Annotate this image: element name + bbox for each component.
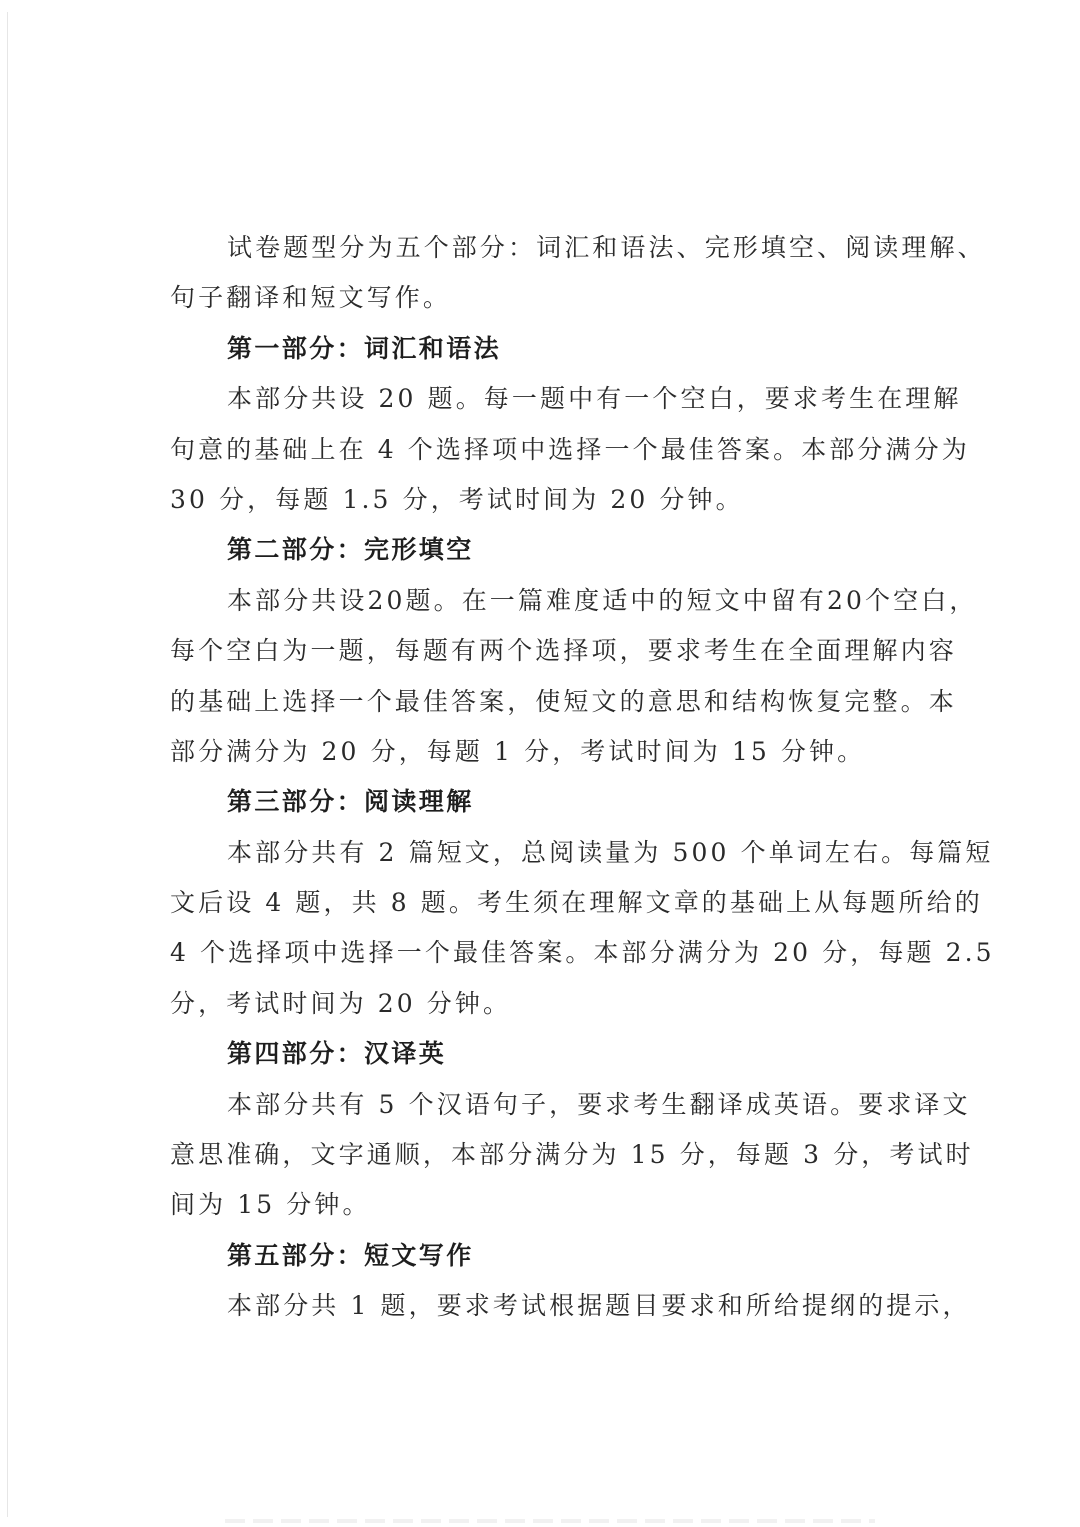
section-line: 间为 15 分钟。 (170, 1180, 950, 1230)
section-3: 第三部分：阅读理解 本部分共有 2 篇短文，总阅读量为 500 个单词左右。每篇… (170, 777, 950, 1029)
section-4: 第四部分：汉译英 本部分共有 5 个汉语句子，要求考生翻译成英语。要求译文 意思… (170, 1029, 950, 1231)
intro-line: 句子翻译和短文写作。 (170, 273, 950, 323)
section-heading: 第五部分：短文写作 (170, 1231, 950, 1281)
section-line: 意思准确，文字通顺，本部分满分为 15 分，每题 3 分，考试时 (170, 1130, 950, 1180)
section-line: 每个空白为一题，每题有两个选择项，要求考生在全面理解内容 (170, 626, 950, 676)
section-line: 的基础上选择一个最佳答案，使短文的意思和结构恢复完整。本 (170, 677, 950, 727)
section-line: 句意的基础上在 4 个选择项中选择一个最佳答案。本部分满分为 (170, 425, 950, 475)
section-heading: 第二部分：完形填空 (170, 525, 950, 575)
section-line: 4 个选择项中选择一个最佳答案。本部分满分为 20 分，每题 2.5 (170, 928, 950, 978)
section-line: 本部分共设20题。在一篇难度适中的短文中留有20个空白， (170, 576, 950, 626)
section-line: 文后设 4 题，共 8 题。考生须在理解文章的基础上从每题所给的 (170, 878, 950, 928)
scan-edge-line (7, 12, 8, 1517)
section-5: 第五部分：短文写作 本部分共 1 题，要求考试根据题目要求和所给提纲的提示， (170, 1231, 950, 1332)
section-line: 本部分共有 5 个汉语句子，要求考生翻译成英语。要求译文 (170, 1080, 950, 1130)
document-page: 试卷题型分为五个部分：词汇和语法、完形填空、阅读理解、 句子翻译和短文写作。 第… (170, 223, 950, 1332)
section-line: 30 分，每题 1.5 分，考试时间为 20 分钟。 (170, 475, 950, 525)
section-line: 本部分共有 2 篇短文，总阅读量为 500 个单词左右。每篇短 (170, 828, 950, 878)
next-page-bleed-through (225, 1519, 875, 1523)
section-line: 本部分共设 20 题。每一题中有一个空白，要求考生在理解 (170, 374, 950, 424)
intro-paragraph: 试卷题型分为五个部分：词汇和语法、完形填空、阅读理解、 句子翻译和短文写作。 (170, 223, 950, 324)
section-line: 分，考试时间为 20 分钟。 (170, 979, 950, 1029)
section-heading: 第四部分：汉译英 (170, 1029, 950, 1079)
section-line: 本部分共 1 题，要求考试根据题目要求和所给提纲的提示， (170, 1281, 950, 1331)
section-heading: 第一部分：词汇和语法 (170, 324, 950, 374)
section-2: 第二部分：完形填空 本部分共设20题。在一篇难度适中的短文中留有20个空白， 每… (170, 525, 950, 777)
section-heading: 第三部分：阅读理解 (170, 777, 950, 827)
section-line: 部分满分为 20 分，每题 1 分，考试时间为 15 分钟。 (170, 727, 950, 777)
section-1: 第一部分：词汇和语法 本部分共设 20 题。每一题中有一个空白，要求考生在理解 … (170, 324, 950, 526)
intro-line: 试卷题型分为五个部分：词汇和语法、完形填空、阅读理解、 (170, 223, 950, 273)
